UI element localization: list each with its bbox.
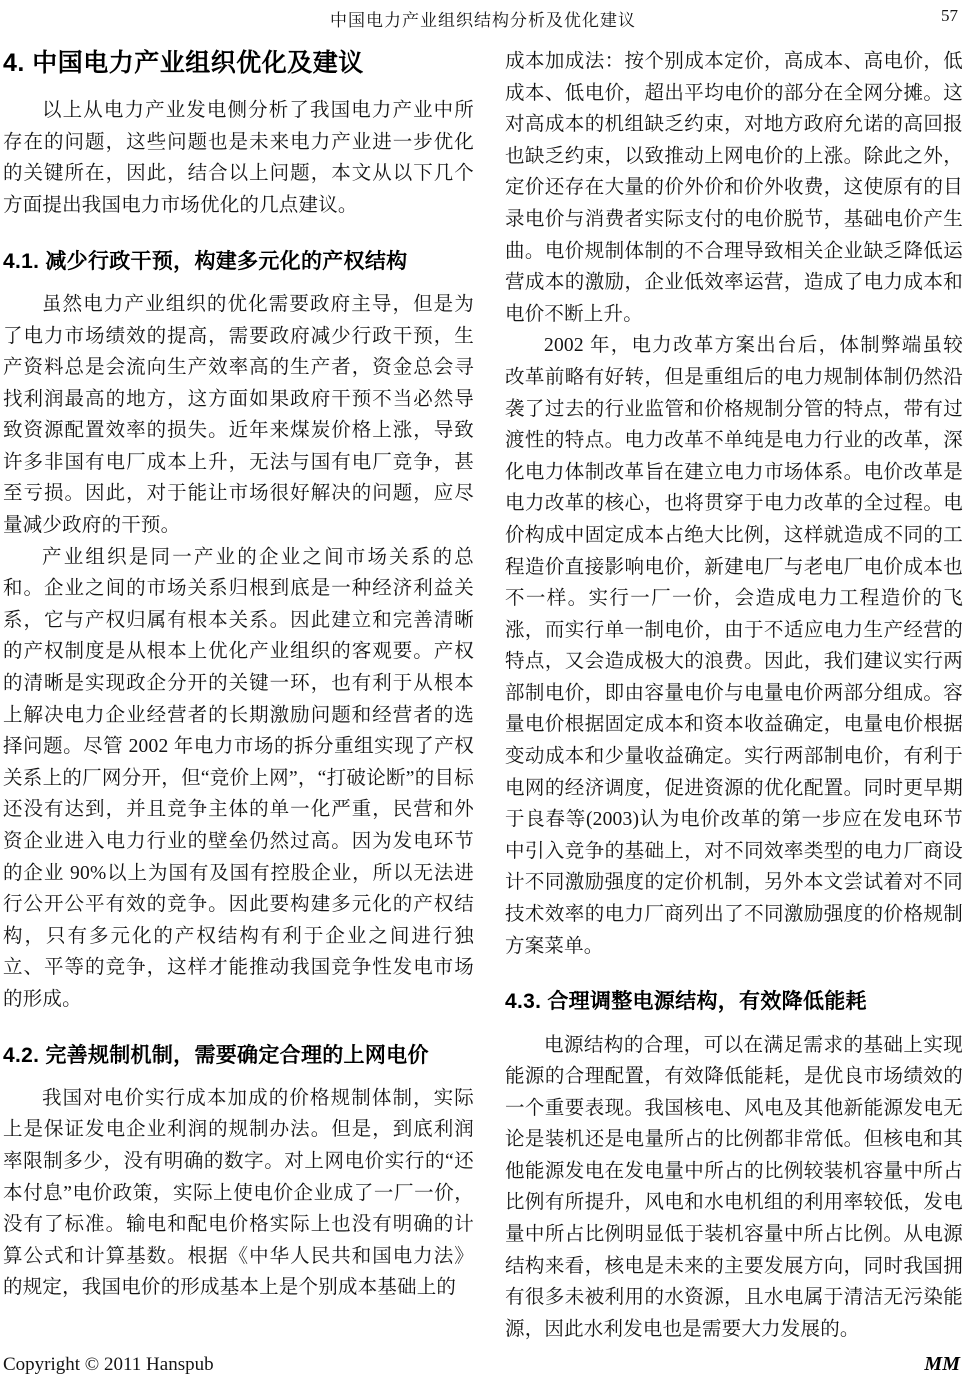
two-column-body: 4. 中国电力产业组织优化及建议 以上从电力产业发电侧分析了我国电力产业中所存在…: [3, 46, 963, 1345]
section-4-2-paragraph-continuation: 成本加成法：按个别成本定价，高成本、高电价，低成本、低电价，超出平均电价的部分在…: [505, 46, 963, 330]
section-4-2-paragraph-2: 2002 年，电力改革方案出台后，体制弊端虽较改革前略有好转，但是重组后的电力规…: [505, 330, 963, 962]
section-4-1-paragraph-1: 虽然电力产业组织的优化需要政府主导，但是为了电力市场绩效的提高，需要政府减少行政…: [3, 289, 474, 542]
section-4-1-heading: 4.1. 减少行政干预，构建多元化的产权结构: [3, 248, 474, 275]
page-number: 57: [941, 6, 958, 26]
running-header: 中国电力产业组织结构分析及优化建议 57: [0, 6, 966, 30]
copyright-notice: Copyright © 2011 Hanspub: [3, 1354, 214, 1376]
page-footer: Copyright © 2011 Hanspub MM: [3, 1353, 960, 1376]
section-4-3-heading: 4.3. 合理调整电源结构，有效降低能耗: [505, 988, 963, 1015]
section-4-2-paragraph-1: 我国对电价实行成本加成的价格规制体制，实际上是保证发电企业利润的规制办法。但是，…: [3, 1083, 474, 1304]
section-4-3-paragraph-1: 电源结构的合理，可以在满足需求的基础上实现能源的合理配置，有效降低能耗，是优良市…: [505, 1030, 963, 1346]
section-4-paragraph: 以上从电力产业发电侧分析了我国电力产业中所存在的问题，这些问题也是未来电力产业进…: [3, 95, 474, 221]
paper-page: 中国电力产业组织结构分析及优化建议 57 4. 中国电力产业组织优化及建议 以上…: [0, 0, 966, 1386]
section-4-2-heading: 4.2. 完善规制机制，需要确定合理的上网电价: [3, 1042, 474, 1069]
journal-mark: MM: [924, 1353, 960, 1376]
section-4-1-paragraph-2: 产业组织是同一产业的企业之间市场关系的总和。企业之间的市场关系归根到底是一种经济…: [3, 542, 474, 1016]
section-4-heading: 4. 中国电力产业组织优化及建议: [3, 48, 474, 79]
right-column: 成本加成法：按个别成本定价，高成本、高电价，低成本、低电价，超出平均电价的部分在…: [505, 46, 963, 1345]
left-column: 4. 中国电力产业组织优化及建议 以上从电力产业发电侧分析了我国电力产业中所存在…: [3, 46, 474, 1345]
running-title: 中国电力产业组织结构分析及优化建议: [0, 6, 966, 31]
